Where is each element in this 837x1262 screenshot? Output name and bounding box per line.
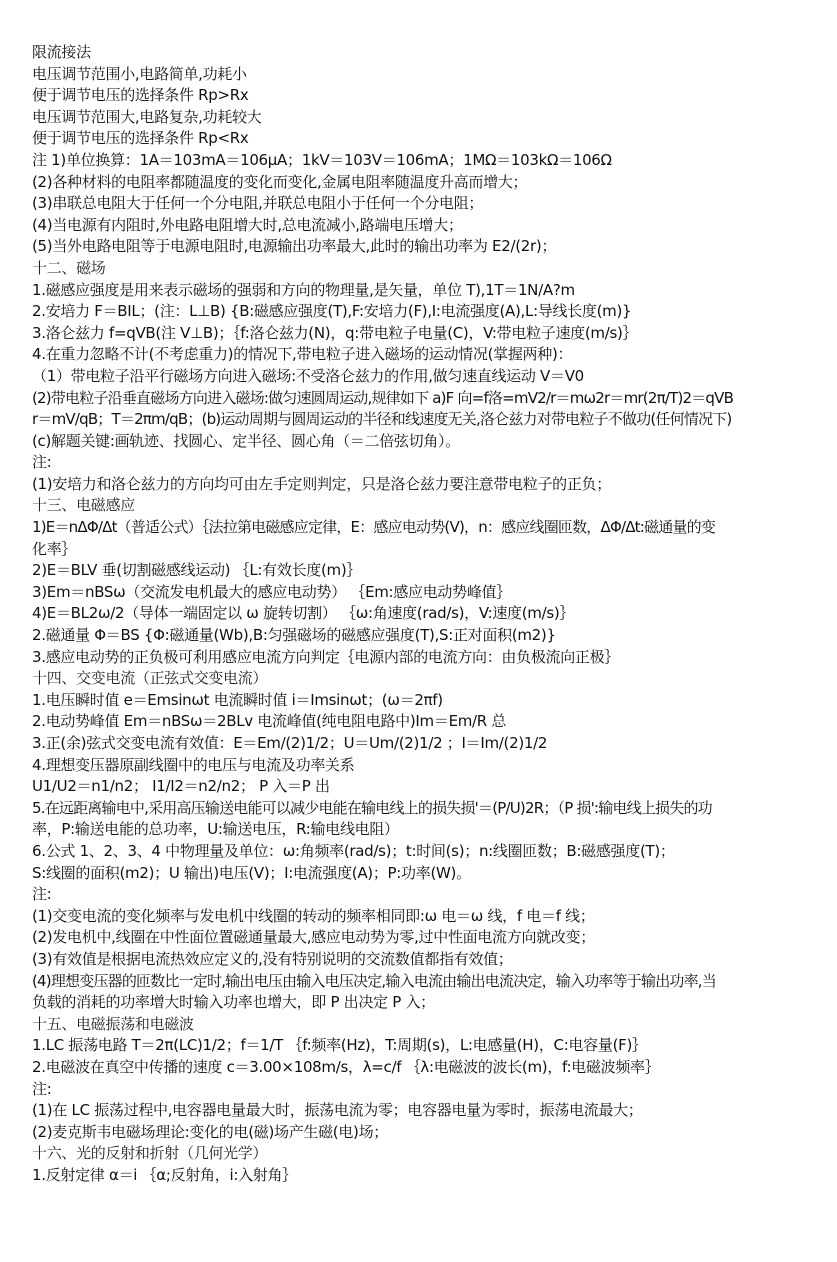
text-line: 限流接法 <box>32 42 837 64</box>
document-page: 限流接法电压调节范围小,电路简单,功耗小便于调节电压的选择条件 Rp>Rx电压调… <box>32 42 837 1186</box>
text-line: (2)各种材料的电阻率都随温度的变化而变化,金属电阻率随温度升高而增大； <box>32 172 837 194</box>
text-line: 2.电磁波在真空中传播的速度 c＝3.00×108m/s，λ=c/f ｛λ:电磁… <box>32 1057 837 1079</box>
section-heading: 十四、交变电流（正弦式交变电流） <box>32 668 837 690</box>
text-line: 便于调节电压的选择条件 Rp>Rx <box>32 85 837 107</box>
text-line: 2.磁通量 Φ＝BS {Φ:磁通量(Wb),B:匀强磁场的磁感应强度(T),S:… <box>32 625 837 647</box>
text-line: 便于调节电压的选择条件 Rp<Rx <box>32 128 837 150</box>
text-line: 注: <box>32 1079 837 1101</box>
text-line: 1.反射定律 α＝i ｛α;反射角，i:入射角｝ <box>32 1165 837 1187</box>
text-line: 2)E＝BLV 垂(切割磁感线运动) ｛L:有效长度(m)｝ <box>32 560 837 582</box>
text-line: (4)当电源有内阻时,外电路电阻增大时,总电流减小,路端电压增大； <box>32 215 837 237</box>
text-line: 注: <box>32 452 837 474</box>
text-line: 2.电动势峰值 Em＝nBSω＝2BLv 电流峰值(纯电阻电路中)Im＝Em/R… <box>32 711 837 733</box>
text-line: (2)发电机中,线圈在中性面位置磁通量最大,感应电动势为零,过中性面电流方向就改… <box>32 927 837 949</box>
text-line: 1.磁感应强度是用来表示磁场的强弱和方向的物理量,是矢量，单位 T),1T＝1N… <box>32 280 837 302</box>
text-line: (1)在 LC 振荡过程中,电容器电量最大时，振荡电流为零；电容器电量为零时，振… <box>32 1100 837 1122</box>
text-line: (3)串联总电阻大于任何一个分电阻,并联总电阻小于任何一个分电阻； <box>32 193 837 215</box>
text-line: 4.理想变压器原副线圈中的电压与电流及功率关系 <box>32 755 837 777</box>
text-line: 率，P:输送电能的总功率，U:输送电压，R:输电线电阻） <box>32 819 837 841</box>
text-line: (2)带电粒子沿垂直磁场方向进入磁场:做匀速圆周运动,规律如下 a)F 向=f洛… <box>32 388 837 410</box>
text-line: 1.电压瞬时值 e＝Emsinωt 电流瞬时值 i＝Imsinωt；(ω＝2πf… <box>32 690 837 712</box>
text-line: (5)当外电路电阻等于电源电阻时,电源输出功率最大,此时的输出功率为 E2/(2… <box>32 236 837 258</box>
text-line: 负载的消耗的功率增大时输入功率也增大，即 P 出决定 P 入； <box>32 992 837 1014</box>
text-line: 6.公式 1、2、3、4 中物理量及单位：ω:角频率(rad/s)；t:时间(s… <box>32 841 837 863</box>
text-line: 2.安培力 F＝BIL；(注：L⊥B) {B:磁感应强度(T),F:安培力(F)… <box>32 301 837 323</box>
text-line: U1/U2＝n1/n2； I1/I2＝n2/n2； P 入＝P 出 <box>32 776 837 798</box>
text-line: 5.在远距离输电中,采用高压输送电能可以减少电能在输电线上的损失损'＝(P/U)… <box>32 798 837 820</box>
section-heading: 十六、光的反射和折射（几何光学） <box>32 1143 837 1165</box>
text-line: (c)解题关键:画轨迹、找圆心、定半径、圆心角（＝二倍弦切角）。 <box>32 431 837 453</box>
text-line: 4)E＝BL2ω/2（导体一端固定以 ω 旋转切割） ｛ω:角速度(rad/s)… <box>32 603 837 625</box>
text-line: (3)有效值是根据电流热效应定义的,没有特别说明的交流数值都指有效值； <box>32 949 837 971</box>
text-line: (2)麦克斯韦电磁场理论:变化的电(磁)场产生磁(电)场； <box>32 1122 837 1144</box>
text-line: （1）带电粒子沿平行磁场方向进入磁场:不受洛仑兹力的作用,做匀速直线运动 V＝V… <box>32 366 837 388</box>
text-line: (1)交变电流的变化频率与发电机中线圈的转动的频率相同即:ω 电＝ω 线，f 电… <box>32 906 837 928</box>
section-heading: 十二、磁场 <box>32 258 837 280</box>
text-line: 注: <box>32 884 837 906</box>
text-line: 电压调节范围小,电路简单,功耗小 <box>32 64 837 86</box>
text-line: 1)E＝nΔΦ/Δt（普适公式）｛法拉第电磁感应定律，E：感应电动势(V)，n：… <box>32 517 837 539</box>
text-line: 3.洛仑兹力 f=qVB(注 V⊥B)；｛f:洛仑兹力(N)，q:带电粒子电量(… <box>32 323 837 345</box>
text-line: 3.正(余)弦式交变电流有效值：E＝Em/(2)1/2；U＝Um/(2)1/2 … <box>32 733 837 755</box>
text-line: 注 1)单位换算：1A＝103mA＝106μA；1kV＝103V＝106mA；1… <box>32 150 837 172</box>
text-line: (4)理想变压器的匝数比一定时,输出电压由输入电压决定,输入电流由输出电流决定，… <box>32 971 837 993</box>
text-line: 3)Em＝nBSω（交流发电机最大的感应电动势） ｛Em:感应电动势峰值｝ <box>32 582 837 604</box>
text-line: 1.LC 振荡电路 T＝2π(LC)1/2；f＝1/T ｛f:频率(Hz)，T:… <box>32 1035 837 1057</box>
text-line: S:线圈的面积(m2)；U 输出)电压(V)；I:电流强度(A)；P:功率(W)… <box>32 863 837 885</box>
section-heading: 十三、电磁感应 <box>32 495 837 517</box>
text-line: 4.在重力忽略不计(不考虑重力)的情况下,带电粒子进入磁场的运动情况(掌握两种)… <box>32 344 837 366</box>
text-line: 化率｝ <box>32 539 837 561</box>
text-line: (1)安培力和洛仑兹力的方向均可由左手定则判定，只是洛仑兹力要注意带电粒子的正负… <box>32 474 837 496</box>
text-line: 电压调节范围大,电路复杂,功耗较大 <box>32 107 837 129</box>
text-line: 3.感应电动势的正负极可利用感应电流方向判定｛电源内部的电流方向：由负极流向正极… <box>32 647 837 669</box>
section-heading: 十五、电磁振荡和电磁波 <box>32 1014 837 1036</box>
text-line: r＝mV/qB；T＝2πm/qB；(b)运动周期与圆周运动的半径和线速度无关,洛… <box>32 409 837 431</box>
